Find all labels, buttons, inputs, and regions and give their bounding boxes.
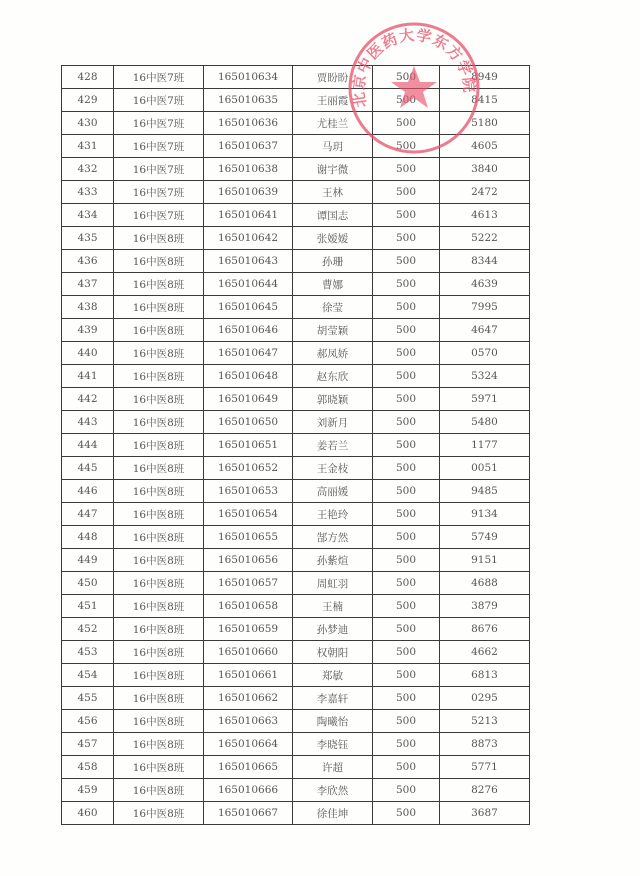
table-row: 43716中医8班165010644曹娜5004639 bbox=[62, 273, 530, 296]
student-id-cell: 165010649 bbox=[204, 388, 293, 411]
row-number-cell: 450 bbox=[62, 572, 114, 595]
code-cell: 8276 bbox=[440, 779, 530, 802]
class-cell: 16中医8班 bbox=[114, 296, 204, 319]
code-cell: 0295 bbox=[440, 687, 530, 710]
student-name-cell: 高丽媛 bbox=[293, 480, 373, 503]
student-name-cell: 郑敏 bbox=[293, 664, 373, 687]
table-row: 44816中医8班165010655郜方然5005749 bbox=[62, 526, 530, 549]
row-number-cell: 445 bbox=[62, 457, 114, 480]
amount-cell: 500 bbox=[373, 641, 440, 664]
student-id-cell: 165010634 bbox=[204, 66, 293, 89]
student-id-cell: 165010656 bbox=[204, 549, 293, 572]
table-row: 43016中医7班165010636尤桂兰5005180 bbox=[62, 112, 530, 135]
table-row: 45016中医8班165010657周虹羽5004688 bbox=[62, 572, 530, 595]
row-number-cell: 435 bbox=[62, 227, 114, 250]
amount-cell: 500 bbox=[373, 526, 440, 549]
class-cell: 16中医7班 bbox=[114, 204, 204, 227]
student-name-cell: 尤桂兰 bbox=[293, 112, 373, 135]
student-id-cell: 165010651 bbox=[204, 434, 293, 457]
amount-cell: 500 bbox=[373, 802, 440, 825]
class-cell: 16中医8班 bbox=[114, 227, 204, 250]
code-cell: 8415 bbox=[440, 89, 530, 112]
amount-cell: 500 bbox=[373, 204, 440, 227]
student-id-cell: 165010650 bbox=[204, 411, 293, 434]
table-row: 43316中医7班165010639王林5002472 bbox=[62, 181, 530, 204]
student-id-cell: 165010661 bbox=[204, 664, 293, 687]
amount-cell: 500 bbox=[373, 66, 440, 89]
amount-cell: 500 bbox=[373, 227, 440, 250]
student-id-cell: 165010646 bbox=[204, 319, 293, 342]
student-name-cell: 赵东欣 bbox=[293, 365, 373, 388]
student-name-cell: 徐佳坤 bbox=[293, 802, 373, 825]
student-name-cell: 王丽霞 bbox=[293, 89, 373, 112]
table-row: 45616中医8班165010663陶曦怡5005213 bbox=[62, 710, 530, 733]
student-name-cell: 谭国志 bbox=[293, 204, 373, 227]
row-number-cell: 430 bbox=[62, 112, 114, 135]
row-number-cell: 453 bbox=[62, 641, 114, 664]
student-name-cell: 胡莹颖 bbox=[293, 319, 373, 342]
table-row: 43916中医8班165010646胡莹颖5004647 bbox=[62, 319, 530, 342]
student-name-cell: 许超 bbox=[293, 756, 373, 779]
code-cell: 4639 bbox=[440, 273, 530, 296]
code-cell: 9151 bbox=[440, 549, 530, 572]
table-row: 45516中医8班165010662李嘉轩5000295 bbox=[62, 687, 530, 710]
table-row: 44416中医8班165010651姜若兰5001177 bbox=[62, 434, 530, 457]
class-cell: 16中医8班 bbox=[114, 756, 204, 779]
class-cell: 16中医8班 bbox=[114, 641, 204, 664]
table-row: 45216中医8班165010659孙梦迪5008676 bbox=[62, 618, 530, 641]
student-id-cell: 165010654 bbox=[204, 503, 293, 526]
student-id-cell: 165010657 bbox=[204, 572, 293, 595]
student-id-cell: 165010638 bbox=[204, 158, 293, 181]
class-cell: 16中医8班 bbox=[114, 250, 204, 273]
table-row: 45816中医8班165010665许超5005771 bbox=[62, 756, 530, 779]
code-cell: 1177 bbox=[440, 434, 530, 457]
table-row: 44016中医8班165010647郝凤娇5000570 bbox=[62, 342, 530, 365]
row-number-cell: 455 bbox=[62, 687, 114, 710]
student-id-cell: 165010666 bbox=[204, 779, 293, 802]
student-name-cell: 李嘉轩 bbox=[293, 687, 373, 710]
student-id-cell: 165010641 bbox=[204, 204, 293, 227]
student-name-cell: 郭晓颖 bbox=[293, 388, 373, 411]
table-row: 45716中医8班165010664李晓钰5008873 bbox=[62, 733, 530, 756]
student-name-cell: 李欣然 bbox=[293, 779, 373, 802]
row-number-cell: 446 bbox=[62, 480, 114, 503]
student-name-cell: 李晓钰 bbox=[293, 733, 373, 756]
student-name-cell: 曹娜 bbox=[293, 273, 373, 296]
table-row: 44716中医8班165010654王艳玲5009134 bbox=[62, 503, 530, 526]
row-number-cell: 451 bbox=[62, 595, 114, 618]
student-id-cell: 165010659 bbox=[204, 618, 293, 641]
table-row: 43116中医7班165010637马玥5004605 bbox=[62, 135, 530, 158]
student-id-cell: 165010667 bbox=[204, 802, 293, 825]
amount-cell: 500 bbox=[373, 273, 440, 296]
row-number-cell: 437 bbox=[62, 273, 114, 296]
class-cell: 16中医7班 bbox=[114, 181, 204, 204]
code-cell: 5324 bbox=[440, 365, 530, 388]
table-row: 45416中医8班165010661郑敏5006813 bbox=[62, 664, 530, 687]
code-cell: 5749 bbox=[440, 526, 530, 549]
row-number-cell: 436 bbox=[62, 250, 114, 273]
student-name-cell: 姜若兰 bbox=[293, 434, 373, 457]
code-cell: 0570 bbox=[440, 342, 530, 365]
student-name-cell: 王金枝 bbox=[293, 457, 373, 480]
amount-cell: 500 bbox=[373, 365, 440, 388]
row-number-cell: 444 bbox=[62, 434, 114, 457]
code-cell: 4662 bbox=[440, 641, 530, 664]
code-cell: 8873 bbox=[440, 733, 530, 756]
student-name-cell: 权朝阳 bbox=[293, 641, 373, 664]
student-id-cell: 165010655 bbox=[204, 526, 293, 549]
class-cell: 16中医8班 bbox=[114, 664, 204, 687]
class-cell: 16中医8班 bbox=[114, 595, 204, 618]
class-cell: 16中医8班 bbox=[114, 710, 204, 733]
row-number-cell: 429 bbox=[62, 89, 114, 112]
student-name-cell: 王艳玲 bbox=[293, 503, 373, 526]
row-number-cell: 454 bbox=[62, 664, 114, 687]
code-cell: 5771 bbox=[440, 756, 530, 779]
class-cell: 16中医8班 bbox=[114, 273, 204, 296]
student-name-cell: 陶曦怡 bbox=[293, 710, 373, 733]
amount-cell: 500 bbox=[373, 89, 440, 112]
class-cell: 16中医7班 bbox=[114, 89, 204, 112]
row-number-cell: 433 bbox=[62, 181, 114, 204]
amount-cell: 500 bbox=[373, 250, 440, 273]
table-row: 43516中医8班165010642张嫒嫒5005222 bbox=[62, 227, 530, 250]
table-row: 43616中医8班165010643孙珊5008344 bbox=[62, 250, 530, 273]
student-id-cell: 165010660 bbox=[204, 641, 293, 664]
code-cell: 4647 bbox=[440, 319, 530, 342]
class-cell: 16中医8班 bbox=[114, 411, 204, 434]
class-cell: 16中医8班 bbox=[114, 434, 204, 457]
row-number-cell: 449 bbox=[62, 549, 114, 572]
amount-cell: 500 bbox=[373, 710, 440, 733]
amount-cell: 500 bbox=[373, 756, 440, 779]
class-cell: 16中医7班 bbox=[114, 158, 204, 181]
code-cell: 3879 bbox=[440, 595, 530, 618]
amount-cell: 500 bbox=[373, 457, 440, 480]
row-number-cell: 432 bbox=[62, 158, 114, 181]
student-name-cell: 周虹羽 bbox=[293, 572, 373, 595]
student-id-cell: 165010647 bbox=[204, 342, 293, 365]
class-cell: 16中医7班 bbox=[114, 135, 204, 158]
row-number-cell: 447 bbox=[62, 503, 114, 526]
row-number-cell: 459 bbox=[62, 779, 114, 802]
student-id-cell: 165010665 bbox=[204, 756, 293, 779]
amount-cell: 500 bbox=[373, 135, 440, 158]
class-cell: 16中医8班 bbox=[114, 687, 204, 710]
class-cell: 16中医8班 bbox=[114, 342, 204, 365]
class-cell: 16中医8班 bbox=[114, 802, 204, 825]
code-cell: 5480 bbox=[440, 411, 530, 434]
table-row: 45116中医8班165010658王楠5003879 bbox=[62, 595, 530, 618]
code-cell: 2472 bbox=[440, 181, 530, 204]
roster-table: 42816中医7班165010634贾盼盼500894942916中医7班165… bbox=[61, 65, 530, 825]
table-row: 44616中医8班165010653高丽媛5009485 bbox=[62, 480, 530, 503]
student-id-cell: 165010642 bbox=[204, 227, 293, 250]
code-cell: 8676 bbox=[440, 618, 530, 641]
amount-cell: 500 bbox=[373, 664, 440, 687]
table-row: 43816中医8班165010645徐莹5007995 bbox=[62, 296, 530, 319]
code-cell: 4605 bbox=[440, 135, 530, 158]
row-number-cell: 448 bbox=[62, 526, 114, 549]
amount-cell: 500 bbox=[373, 158, 440, 181]
student-id-cell: 165010639 bbox=[204, 181, 293, 204]
student-name-cell: 刘新月 bbox=[293, 411, 373, 434]
code-cell: 5971 bbox=[440, 388, 530, 411]
amount-cell: 500 bbox=[373, 733, 440, 756]
scanned-page: 42816中医7班165010634贾盼盼500894942916中医7班165… bbox=[0, 0, 640, 876]
student-name-cell: 王楠 bbox=[293, 595, 373, 618]
row-number-cell: 457 bbox=[62, 733, 114, 756]
amount-cell: 500 bbox=[373, 503, 440, 526]
class-cell: 16中医7班 bbox=[114, 66, 204, 89]
student-id-cell: 165010643 bbox=[204, 250, 293, 273]
amount-cell: 500 bbox=[373, 319, 440, 342]
code-cell: 8949 bbox=[440, 66, 530, 89]
amount-cell: 500 bbox=[373, 572, 440, 595]
code-cell: 5180 bbox=[440, 112, 530, 135]
table-row: 44216中医8班165010649郭晓颖5005971 bbox=[62, 388, 530, 411]
code-cell: 4613 bbox=[440, 204, 530, 227]
table-row: 45316中医8班165010660权朝阳5004662 bbox=[62, 641, 530, 664]
class-cell: 16中医8班 bbox=[114, 319, 204, 342]
student-id-cell: 165010635 bbox=[204, 89, 293, 112]
class-cell: 16中医8班 bbox=[114, 457, 204, 480]
code-cell: 5213 bbox=[440, 710, 530, 733]
amount-cell: 500 bbox=[373, 687, 440, 710]
class-cell: 16中医8班 bbox=[114, 618, 204, 641]
table-row: 44916中医8班165010656孙紫煊5009151 bbox=[62, 549, 530, 572]
class-cell: 16中医8班 bbox=[114, 388, 204, 411]
student-name-cell: 郜方然 bbox=[293, 526, 373, 549]
class-cell: 16中医7班 bbox=[114, 112, 204, 135]
row-number-cell: 452 bbox=[62, 618, 114, 641]
code-cell: 9485 bbox=[440, 480, 530, 503]
table-row: 42916中医7班165010635王丽霞5008415 bbox=[62, 89, 530, 112]
roster-body: 42816中医7班165010634贾盼盼500894942916中医7班165… bbox=[62, 66, 530, 825]
student-id-cell: 165010644 bbox=[204, 273, 293, 296]
student-name-cell: 孙珊 bbox=[293, 250, 373, 273]
student-id-cell: 165010645 bbox=[204, 296, 293, 319]
student-name-cell: 王林 bbox=[293, 181, 373, 204]
row-number-cell: 438 bbox=[62, 296, 114, 319]
table-row: 42816中医7班165010634贾盼盼5008949 bbox=[62, 66, 530, 89]
amount-cell: 500 bbox=[373, 480, 440, 503]
table-row: 43216中医7班165010638谢宇微5003840 bbox=[62, 158, 530, 181]
class-cell: 16中医8班 bbox=[114, 480, 204, 503]
student-id-cell: 165010663 bbox=[204, 710, 293, 733]
row-number-cell: 442 bbox=[62, 388, 114, 411]
student-id-cell: 165010636 bbox=[204, 112, 293, 135]
row-number-cell: 439 bbox=[62, 319, 114, 342]
amount-cell: 500 bbox=[373, 342, 440, 365]
student-id-cell: 165010658 bbox=[204, 595, 293, 618]
table-row: 44516中医8班165010652王金枝5000051 bbox=[62, 457, 530, 480]
student-id-cell: 165010652 bbox=[204, 457, 293, 480]
student-name-cell: 孙梦迪 bbox=[293, 618, 373, 641]
code-cell: 9134 bbox=[440, 503, 530, 526]
row-number-cell: 456 bbox=[62, 710, 114, 733]
student-name-cell: 贾盼盼 bbox=[293, 66, 373, 89]
code-cell: 5222 bbox=[440, 227, 530, 250]
row-number-cell: 458 bbox=[62, 756, 114, 779]
student-id-cell: 165010653 bbox=[204, 480, 293, 503]
table-row: 44316中医8班165010650刘新月5005480 bbox=[62, 411, 530, 434]
student-name-cell: 马玥 bbox=[293, 135, 373, 158]
class-cell: 16中医8班 bbox=[114, 526, 204, 549]
class-cell: 16中医8班 bbox=[114, 733, 204, 756]
class-cell: 16中医8班 bbox=[114, 365, 204, 388]
code-cell: 3687 bbox=[440, 802, 530, 825]
row-number-cell: 443 bbox=[62, 411, 114, 434]
code-cell: 8344 bbox=[440, 250, 530, 273]
amount-cell: 500 bbox=[373, 595, 440, 618]
row-number-cell: 431 bbox=[62, 135, 114, 158]
class-cell: 16中医8班 bbox=[114, 549, 204, 572]
code-cell: 6813 bbox=[440, 664, 530, 687]
row-number-cell: 460 bbox=[62, 802, 114, 825]
row-number-cell: 434 bbox=[62, 204, 114, 227]
student-id-cell: 165010637 bbox=[204, 135, 293, 158]
code-cell: 3840 bbox=[440, 158, 530, 181]
student-name-cell: 张嫒嫒 bbox=[293, 227, 373, 250]
student-id-cell: 165010662 bbox=[204, 687, 293, 710]
class-cell: 16中医8班 bbox=[114, 572, 204, 595]
amount-cell: 500 bbox=[373, 411, 440, 434]
code-cell: 4688 bbox=[440, 572, 530, 595]
table-row: 44116中医8班165010648赵东欣5005324 bbox=[62, 365, 530, 388]
student-name-cell: 郝凤娇 bbox=[293, 342, 373, 365]
amount-cell: 500 bbox=[373, 296, 440, 319]
amount-cell: 500 bbox=[373, 388, 440, 411]
student-id-cell: 165010648 bbox=[204, 365, 293, 388]
amount-cell: 500 bbox=[373, 618, 440, 641]
amount-cell: 500 bbox=[373, 549, 440, 572]
class-cell: 16中医8班 bbox=[114, 779, 204, 802]
student-name-cell: 徐莹 bbox=[293, 296, 373, 319]
row-number-cell: 441 bbox=[62, 365, 114, 388]
row-number-cell: 440 bbox=[62, 342, 114, 365]
student-id-cell: 165010664 bbox=[204, 733, 293, 756]
code-cell: 0051 bbox=[440, 457, 530, 480]
amount-cell: 500 bbox=[373, 112, 440, 135]
row-number-cell: 428 bbox=[62, 66, 114, 89]
student-name-cell: 孙紫煊 bbox=[293, 549, 373, 572]
code-cell: 7995 bbox=[440, 296, 530, 319]
amount-cell: 500 bbox=[373, 434, 440, 457]
student-name-cell: 谢宇微 bbox=[293, 158, 373, 181]
table-row: 43416中医7班165010641谭国志5004613 bbox=[62, 204, 530, 227]
amount-cell: 500 bbox=[373, 181, 440, 204]
table-row: 46016中医8班165010667徐佳坤5003687 bbox=[62, 802, 530, 825]
table-row: 45916中医8班165010666李欣然5008276 bbox=[62, 779, 530, 802]
amount-cell: 500 bbox=[373, 779, 440, 802]
class-cell: 16中医8班 bbox=[114, 503, 204, 526]
